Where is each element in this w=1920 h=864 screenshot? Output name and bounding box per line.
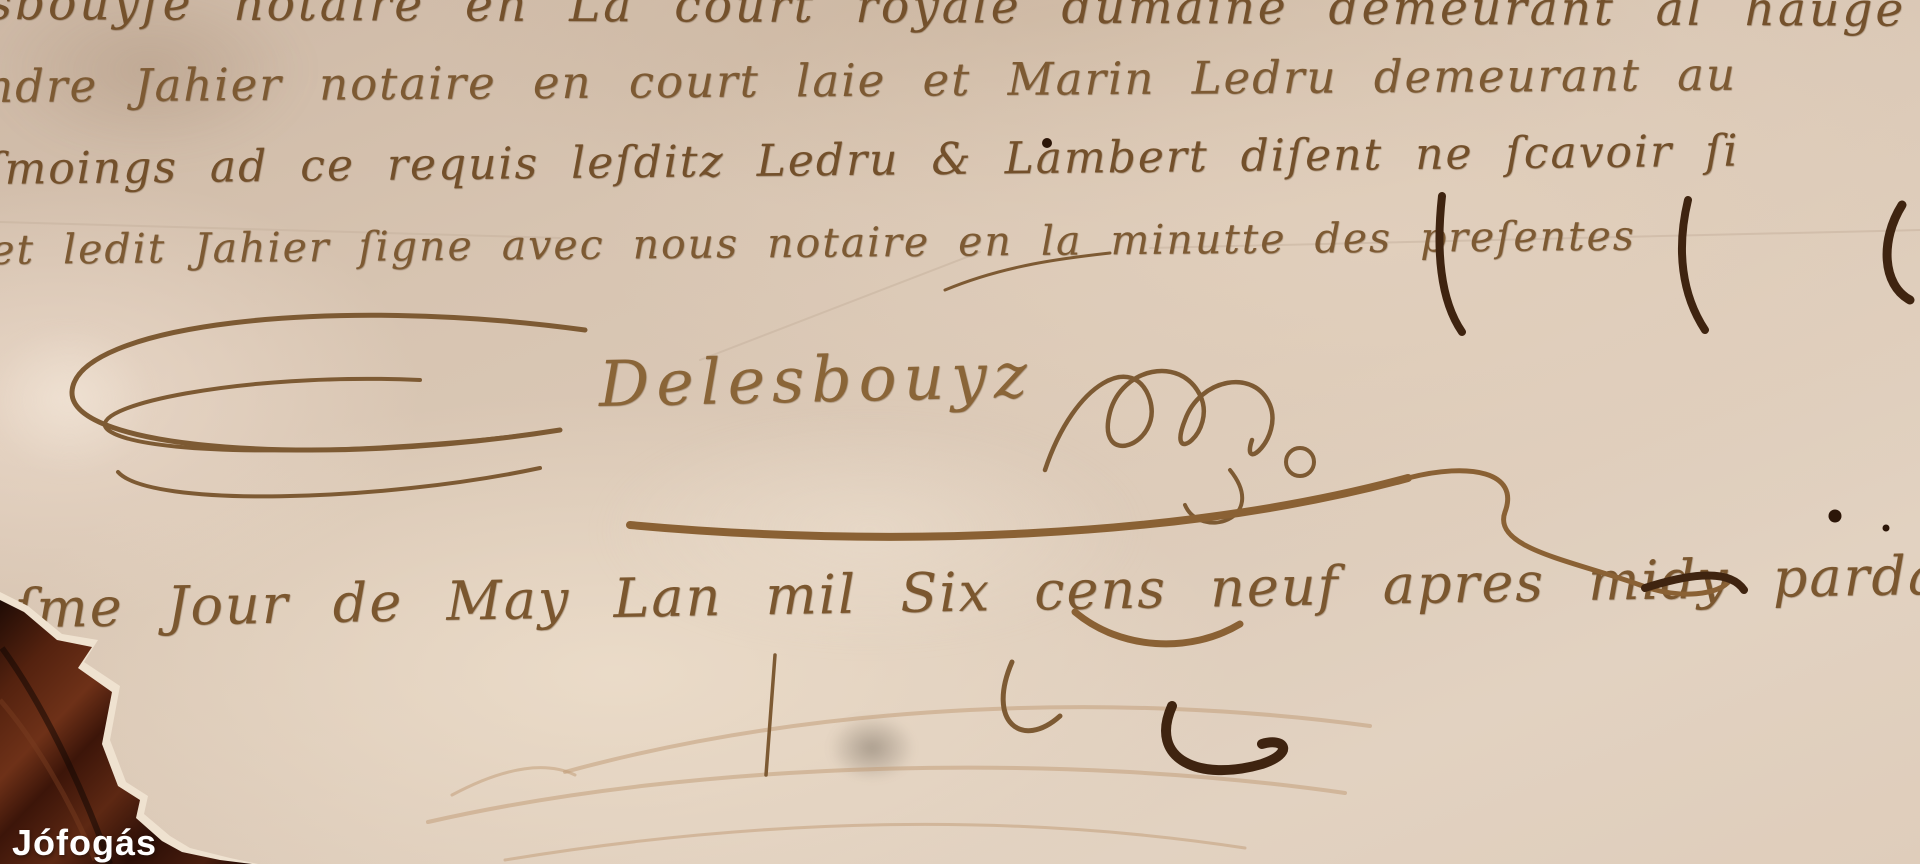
watermark-jofogas: Jófogás xyxy=(12,822,157,864)
torn-corner-layer xyxy=(0,0,1920,864)
manuscript-photo: sbouyſe notaire en La court royale dumai… xyxy=(0,0,1920,864)
